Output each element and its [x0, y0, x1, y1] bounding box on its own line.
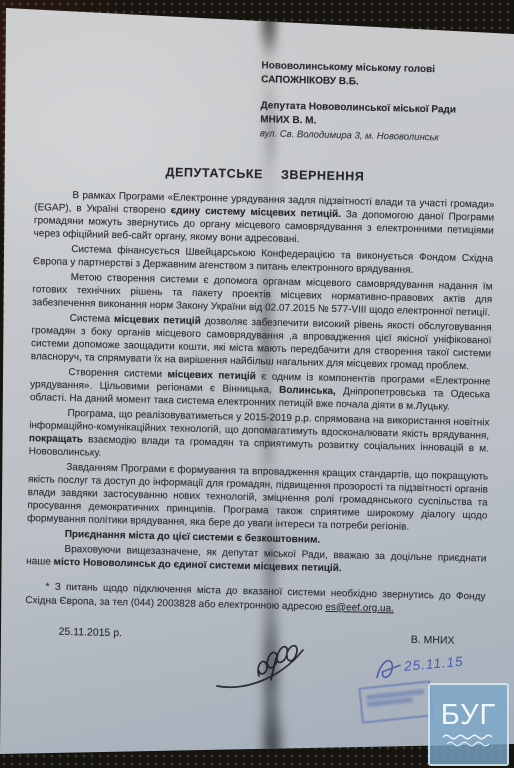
letter-body: В рамках Програми «Електронне урядування… [26, 188, 495, 578]
text-segment: місцевих петицій [167, 369, 256, 382]
letter-date: 25.11.2015 р. [58, 626, 122, 639]
recipient-block: Нововолинському міському голові САПОЖНІК… [260, 59, 498, 146]
text-segment: Створення системи [68, 367, 167, 380]
watermark-badge: БУГ [428, 683, 509, 766]
pen-flourish-icon [371, 649, 404, 685]
handwritten-date: 25.11.15 [403, 653, 464, 673]
ink-stamp [358, 680, 433, 723]
photo-of-document: Нововолинському міському голові САПОЖНІК… [0, 0, 514, 768]
footnote-text: * З питань щодо підключення міста до вка… [25, 581, 485, 612]
text-segment: місцевих петицій [114, 314, 201, 327]
text-segment: Система [70, 313, 114, 325]
signature-ink [213, 636, 313, 696]
paragraph: Система місцевих петицій дозволяє забезп… [31, 311, 492, 373]
watermark-label: БУГ [441, 701, 497, 729]
document-title: ДЕПУТАТСЬКЕ ЗВЕРНЕННЯ [35, 162, 495, 186]
letter-content: Нововолинському міському голові САПОЖНІК… [0, 0, 514, 648]
text-segment: Завданням Програми є формування та впров… [27, 462, 488, 533]
email-address: es@eef.org.ua. [325, 601, 394, 614]
footnote: * З питань щодо підключення міста до вка… [25, 580, 485, 617]
text-segment: Волинська, [279, 385, 336, 397]
paragraph: Програма, що реалізовуватиметься у 2015-… [29, 406, 490, 468]
text-segment: Метою створення системи є допомога орган… [32, 272, 493, 319]
waves-icon [441, 733, 497, 749]
paragraph: В рамках Програми «Електронне урядування… [33, 188, 494, 250]
paragraph: Завданням Програми є формування та впров… [27, 460, 488, 535]
text-segment: покращать [29, 433, 83, 445]
